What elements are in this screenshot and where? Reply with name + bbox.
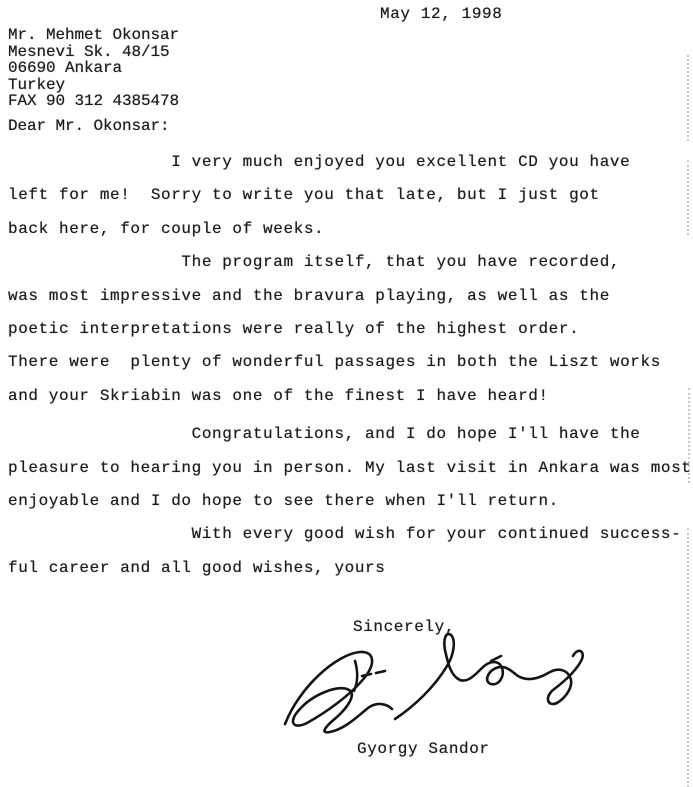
letter-body: I very much enjoyed you excellent CD you… [8, 146, 693, 585]
signature-name: Gyorgy Sandor [357, 739, 490, 759]
scan-noise-edge [687, 55, 689, 141]
salutation: Dear Mr. Okonsar: [8, 117, 170, 136]
paragraph-3: Congratulations, and I do hope I'll have… [8, 418, 693, 518]
recipient-country: Turkey [8, 77, 179, 94]
paragraph-2: The program itself, that you have record… [8, 246, 693, 413]
scan-noise-edge [687, 528, 689, 787]
letter-date: May 12, 1998 [380, 4, 502, 24]
scan-noise-edge [687, 160, 689, 235]
recipient-fax: FAX 90 312 4385478 [8, 93, 179, 110]
recipient-city: 06690 Ankara [8, 60, 179, 77]
paragraph-4: With every good wish for your continued … [8, 518, 693, 585]
recipient-name: Mr. Mehmet Okonsar [8, 27, 179, 44]
recipient-address-block: Mr. Mehmet OkonsarMesnevi Sk. 48/1506690… [8, 27, 179, 110]
scan-noise-edge [688, 388, 690, 483]
signature-image [255, 628, 595, 740]
scanned-letter-page: May 12, 1998 Mr. Mehmet OkonsarMesnevi S… [0, 0, 693, 787]
paragraph-1: I very much enjoyed you excellent CD you… [8, 146, 693, 246]
recipient-street: Mesnevi Sk. 48/15 [8, 44, 179, 61]
